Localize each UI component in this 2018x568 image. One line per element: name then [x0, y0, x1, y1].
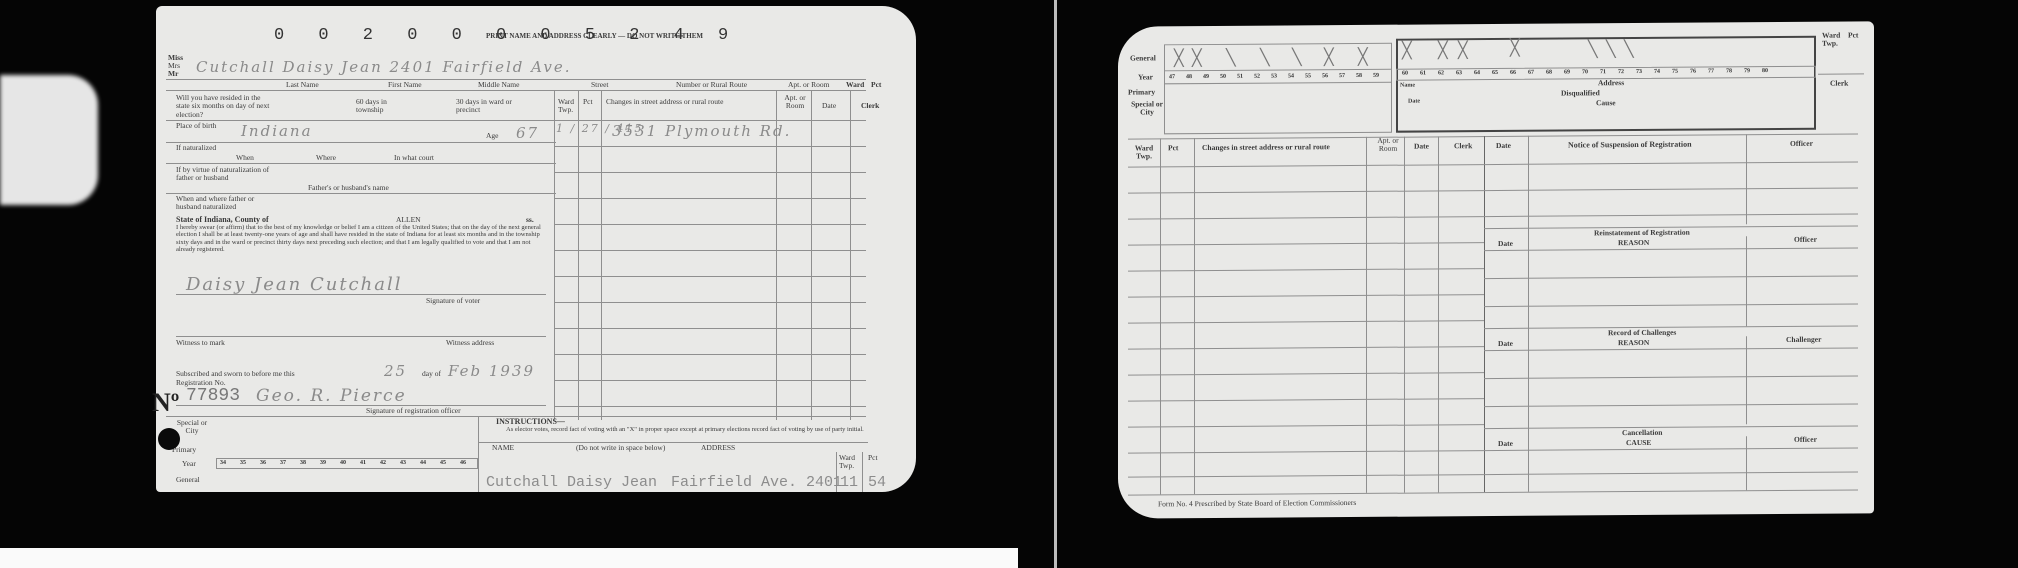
r-year-80: 80	[1762, 68, 1768, 74]
year-38: 38	[300, 460, 306, 466]
father-husband-when-where: When and where father or husband natural…	[176, 195, 276, 212]
changes-row-address: 3531 Plymouth Rd.	[612, 122, 791, 140]
changes-header-apt: Apt. or Room	[780, 94, 810, 111]
inner-label-address: Address	[1598, 79, 1624, 87]
vote-x-mark: ╳	[1402, 41, 1412, 60]
vote-x-mark: ╳	[1510, 38, 1520, 57]
changes-header-clerk: Clerk	[861, 102, 879, 110]
r-year-63: 63	[1456, 70, 1462, 76]
vote-x-mark: ╳	[1458, 40, 1468, 59]
birthplace-label: Place of birth	[176, 122, 216, 130]
overexposed-blob	[0, 75, 98, 205]
r-year-72: 72	[1618, 69, 1624, 75]
registration-number: 77893	[186, 386, 240, 406]
inner-label-name: Name	[1400, 83, 1415, 90]
frame-divider	[1054, 0, 1057, 568]
father-husband-question: If by virtue of naturalization of father…	[176, 166, 276, 183]
signature-voter-label: Signature of voter	[426, 297, 480, 305]
where-label: Where	[316, 154, 336, 162]
r-year-67: 67	[1528, 70, 1534, 76]
challenges-reason-label: REASON	[1618, 339, 1649, 347]
days-township-label: 60 days in township	[356, 98, 416, 115]
r-year-52: 52	[1254, 74, 1260, 80]
year-41: 41	[360, 460, 366, 466]
handwritten-name: Cutchall Daisy Jean 2401 Fairfield Ave.	[196, 58, 571, 76]
handwritten-officer: Geo. R. Pierce	[256, 386, 407, 406]
footer-address-label: ADDRESS	[701, 444, 735, 452]
challenges-challenger-label: Challenger	[1786, 336, 1821, 344]
inner-label-cause: Cause	[1596, 99, 1616, 107]
label-apt: Apt. or Room	[788, 81, 829, 89]
r-year-47: 47	[1169, 74, 1175, 80]
year-35: 35	[240, 460, 246, 466]
vote-x-mark: ╳	[1324, 47, 1334, 66]
r-year-57: 57	[1339, 73, 1345, 79]
handwritten-month-year: Feb 1939	[448, 362, 535, 380]
age-label: Age	[486, 132, 499, 140]
days-ward-label: 30 days in ward or precinct	[456, 98, 536, 115]
r-year-60: 60	[1402, 71, 1408, 77]
r-year-76: 76	[1690, 69, 1696, 75]
vote-x-mark: ╲	[1624, 39, 1634, 58]
r-year-59: 59	[1373, 73, 1379, 79]
year-44: 44	[420, 460, 426, 466]
r-changes-header-apt: Apt. or Room	[1374, 137, 1402, 154]
oath-text: I hereby swear (or affirm) that to the b…	[176, 224, 548, 253]
vote-row-general: General	[176, 476, 200, 484]
suspension-date-label: Date	[1496, 142, 1511, 150]
label-last-name: Last Name	[286, 81, 319, 89]
r-year-75: 75	[1672, 69, 1678, 75]
label-ward: Ward	[846, 81, 864, 89]
footer-do-not-write: (Do not write in space below)	[576, 444, 665, 452]
inner-label-disqualified: Disqualified	[1561, 89, 1600, 98]
film-edge-strip	[0, 548, 1018, 568]
r-year-69: 69	[1564, 69, 1570, 75]
vote-x-mark: ╲	[1588, 39, 1598, 58]
changes-header-pct: Pct	[583, 98, 593, 106]
footer-name-label: NAME	[492, 444, 514, 452]
cancellation-officer-label: Officer	[1794, 436, 1817, 444]
reinstatement-officer-label: Officer	[1794, 236, 1817, 244]
vote-x-mark: ╲	[1226, 48, 1236, 67]
vote-x-mark: ╲	[1260, 48, 1270, 67]
r-vote-row-special: Special or City	[1130, 100, 1164, 117]
r-year-51: 51	[1237, 74, 1243, 80]
r-pct-label: Pct	[1848, 31, 1858, 39]
r-ward-label: Ward Twp.	[1822, 32, 1844, 49]
r-year-64: 64	[1474, 70, 1480, 76]
r-year-58: 58	[1356, 73, 1362, 79]
r-vote-row-primary: Primary	[1128, 88, 1155, 96]
court-label: In what court	[394, 154, 434, 162]
r-year-61: 61	[1420, 70, 1426, 76]
r-year-50: 50	[1220, 74, 1226, 80]
changes-header-date: Date	[822, 102, 836, 110]
challenges-title: Record of Challenges	[1608, 329, 1676, 338]
r-year-48: 48	[1186, 74, 1192, 80]
vote-x-mark: ╲	[1292, 47, 1302, 66]
handwritten-birthplace: Indiana	[241, 122, 313, 140]
punch-hole	[158, 428, 180, 450]
prefix-mr: Mr	[168, 70, 178, 78]
year-42: 42	[380, 460, 386, 466]
year-37: 37	[280, 460, 286, 466]
header-instruction: PRINT NAME AND ADDRESS CLEARLY — DO NOT …	[486, 33, 703, 41]
subscribed-label: Subscribed and sworn to before me this	[176, 370, 295, 378]
label-pct: Pct	[871, 81, 881, 89]
typed-name: Cutchall Daisy Jean	[486, 474, 657, 491]
r-year-70: 70	[1582, 69, 1588, 75]
vote-row-year: Year	[182, 460, 196, 468]
changes-header-address: Changes in street address or rural route	[606, 98, 723, 106]
witness-address-label: Witness address	[446, 339, 494, 347]
label-middle-name: Middle Name	[478, 81, 519, 89]
label-number: Number or Rural Route	[676, 81, 747, 89]
r-year-54: 54	[1288, 73, 1294, 79]
r-clerk-label: Clerk	[1830, 80, 1848, 88]
cancellation-date-label: Date	[1498, 440, 1513, 448]
day-of-label: day of	[422, 370, 441, 378]
challenges-date-label: Date	[1498, 340, 1513, 348]
vote-x-mark: ╳	[1358, 47, 1368, 66]
r-year-74: 74	[1654, 69, 1660, 75]
r-changes-header-pct: Pct	[1168, 144, 1178, 152]
r-year-71: 71	[1600, 69, 1606, 75]
r-year-68: 68	[1546, 70, 1552, 76]
r-changes-header-address: Changes in street address or rural route	[1202, 143, 1330, 152]
inner-label-date: Date	[1408, 99, 1420, 106]
typed-address: Fairfield Ave. 2401	[671, 474, 842, 491]
instructions-text: As elector votes, record fact of voting …	[506, 426, 866, 433]
r-year-79: 79	[1744, 68, 1750, 74]
suspension-officer-label: Officer	[1790, 140, 1813, 148]
r-changes-header-ward: Ward Twp.	[1132, 144, 1156, 161]
oath-county-value: ALLEN	[396, 216, 421, 224]
year-45: 45	[440, 460, 446, 466]
residency-question: Will you have resided in the state six m…	[176, 94, 276, 119]
handwritten-day: 25	[384, 362, 407, 380]
r-changes-header-date: Date	[1414, 142, 1429, 150]
vote-x-mark: ╳	[1438, 40, 1448, 59]
oath-ss: ss.	[526, 216, 534, 224]
label-first-name: First Name	[388, 81, 422, 89]
registration-card-front: 0 0 2 0 0 0 0 5 2 4 9 PRINT NAME AND ADD…	[156, 6, 916, 492]
witness-mark-label: Witness to mark	[176, 339, 225, 347]
year-39: 39	[320, 460, 326, 466]
year-46: 46	[460, 460, 466, 466]
year-40: 40	[340, 460, 346, 466]
officer-signature-label: Signature of registration officer	[366, 407, 461, 415]
r-year-56: 56	[1322, 73, 1328, 79]
r-year-49: 49	[1203, 74, 1209, 80]
r-year-73: 73	[1636, 69, 1642, 75]
year-43: 43	[400, 460, 406, 466]
form-footer: Form No. 4 Prescribed by State Board of …	[1158, 499, 1356, 509]
r-year-78: 78	[1726, 68, 1732, 74]
registration-card-back: General Year Primary Special or City 47 …	[1118, 21, 1874, 518]
reinstatement-date-label: Date	[1498, 240, 1513, 248]
registration-no-mark: Nº	[152, 388, 179, 418]
r-vote-row-general: General	[1130, 54, 1156, 62]
reinstatement-reason-label: REASON	[1618, 239, 1649, 247]
suspension-title: Notice of Suspension of Registration	[1568, 141, 1692, 151]
r-year-55: 55	[1305, 73, 1311, 79]
naturalized-label: If naturalized	[176, 144, 216, 152]
r-changes-header-clerk: Clerk	[1454, 142, 1472, 150]
handwritten-signature: Daisy Jean Cutchall	[186, 274, 402, 295]
r-year-62: 62	[1438, 70, 1444, 76]
when-label: When	[236, 154, 254, 162]
r-year-53: 53	[1271, 74, 1277, 80]
year-36: 36	[260, 460, 266, 466]
cancellation-cause-label: CAUSE	[1626, 439, 1651, 447]
r-year-77: 77	[1708, 68, 1714, 74]
typed-ward: 11	[840, 474, 858, 491]
year-34: 34	[220, 460, 226, 466]
r-vote-row-year: Year	[1138, 73, 1153, 81]
typed-pct: 54	[868, 474, 886, 491]
vote-x-mark: ╳	[1192, 48, 1202, 67]
vote-x-mark: ╲	[1606, 39, 1616, 58]
r-year-65: 65	[1492, 70, 1498, 76]
handwritten-age: 67	[516, 124, 539, 142]
father-husband-name-label: Father's or husband's name	[308, 184, 389, 192]
footer-ward-label: Ward Twp.	[839, 454, 859, 471]
changes-header-ward: Ward Twp.	[558, 98, 578, 115]
cancellation-title: Cancellation	[1622, 429, 1662, 438]
footer-pct-label: Pct	[868, 454, 878, 462]
label-street: Street	[591, 81, 609, 89]
r-year-66: 66	[1510, 70, 1516, 76]
reinstatement-title: Reinstatement of Registration	[1594, 229, 1690, 238]
vote-x-mark: ╳	[1174, 48, 1184, 67]
